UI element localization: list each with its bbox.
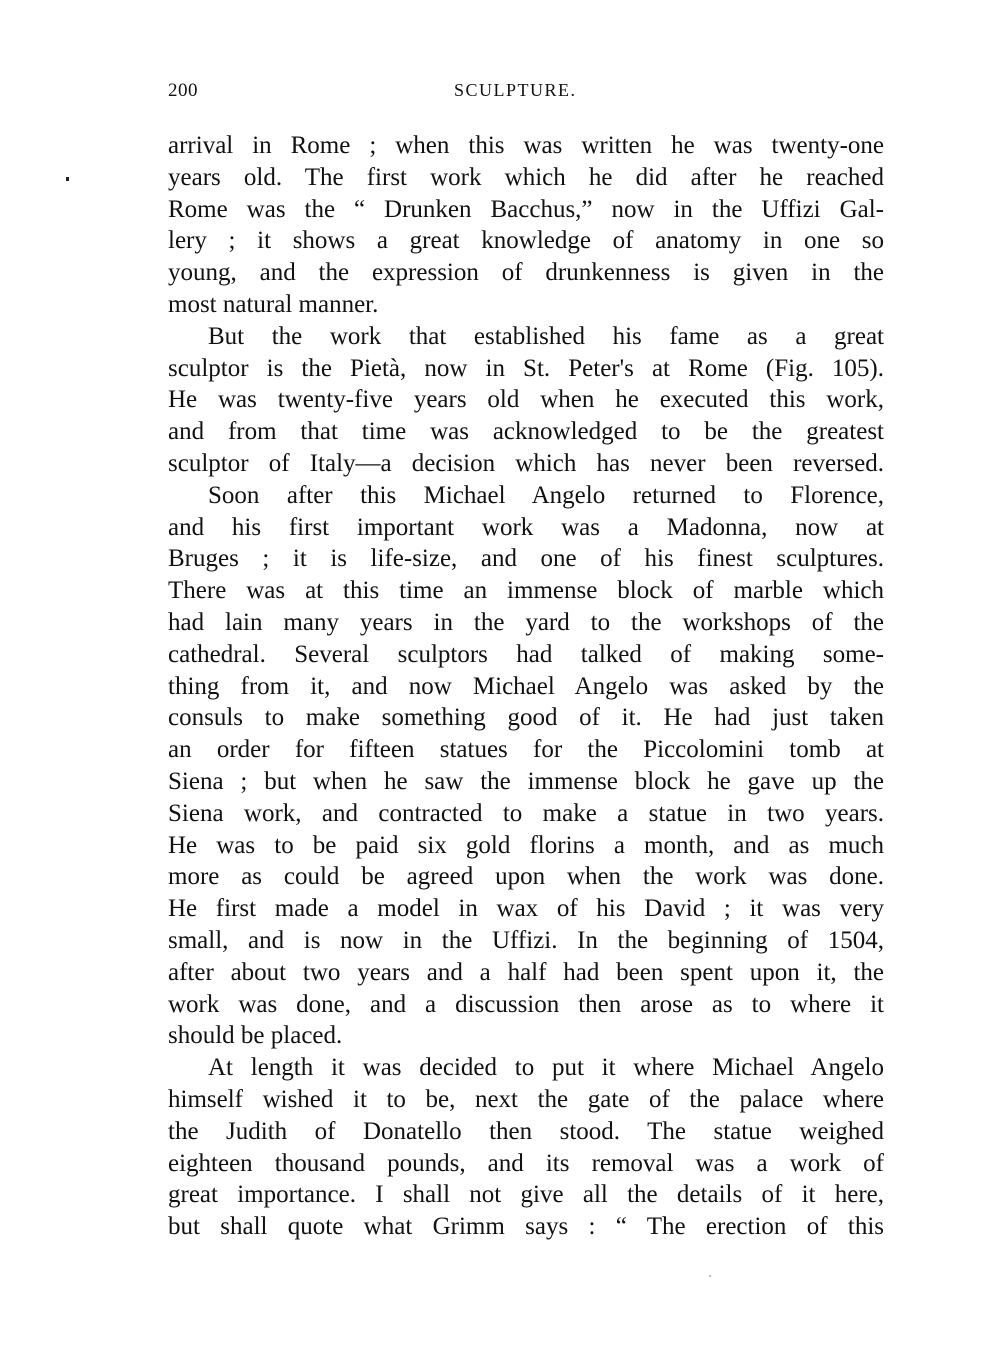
text-line: He first made a model in wax of his Davi…	[168, 893, 884, 925]
text-line: Siena ; but when he saw the immense bloc…	[168, 766, 884, 798]
text-line: Soon after this Michael Angelo returned …	[168, 480, 884, 512]
text-line: after about two years and a half had bee…	[168, 957, 884, 989]
text-line: cathedral. Several sculptors had talked …	[168, 639, 884, 671]
text-line: But the work that established his fame a…	[168, 321, 884, 353]
running-title: SCULPTURE.	[454, 80, 577, 101]
scan-speck	[66, 177, 69, 181]
text-line: Bruges ; it is life-size, and one of his…	[168, 543, 884, 575]
text-line: himself wished it to be, next the gate o…	[168, 1084, 884, 1116]
page-number: 200	[168, 80, 198, 102]
paragraph: But the work that established his fame a…	[168, 321, 884, 480]
text-line: arrival in Rome ; when this was written …	[168, 130, 884, 162]
paragraph: At length it was decided to put it where…	[168, 1052, 884, 1243]
text-line: Rome was the “ Drunken Bacchus,” now in …	[168, 194, 884, 226]
text-line: but shall quote what Grimm says : “ The …	[168, 1211, 884, 1243]
text-line: and from that time was acknowledged to b…	[168, 416, 884, 448]
text-line: He was to be paid six gold florins a mon…	[168, 830, 884, 862]
text-line: consuls to make something good of it. He…	[168, 702, 884, 734]
paragraph: arrival in Rome ; when this was written …	[168, 130, 884, 321]
text-line: an order for fifteen statues for the Pic…	[168, 734, 884, 766]
text-line: more as could be agreed upon when the wo…	[168, 861, 884, 893]
text-line: the Judith of Donatello then stood. The …	[168, 1116, 884, 1148]
text-line: He was twenty-five years old when he exe…	[168, 384, 884, 416]
text-line: had lain many years in the yard to the w…	[168, 607, 884, 639]
paragraph: Soon after this Michael Angelo returned …	[168, 480, 884, 1052]
text-line: most natural manner.	[168, 289, 884, 321]
text-line: work was done, and a discussion then aro…	[168, 989, 884, 1021]
text-line: and his first important work was a Madon…	[168, 512, 884, 544]
text-line: thing from it, and now Michael Angelo wa…	[168, 671, 884, 703]
body-text: arrival in Rome ; when this was written …	[168, 130, 884, 1243]
text-line: sculptor is the Pietà, now in St. Peter'…	[168, 353, 884, 385]
text-line: young, and the expression of drunkenness…	[168, 257, 884, 289]
scan-speck	[709, 1275, 711, 1277]
text-line: There was at this time an immense block …	[168, 575, 884, 607]
text-line: eighteen thousand pounds, and its remova…	[168, 1148, 884, 1180]
book-page: 200 SCULPTURE. arrival in Rome ; when th…	[0, 0, 1000, 1365]
text-line: At length it was decided to put it where…	[168, 1052, 884, 1084]
text-line: small, and is now in the Uffizi. In the …	[168, 925, 884, 957]
text-line: Siena work, and contracted to make a sta…	[168, 798, 884, 830]
text-line: sculptor of Italy—a decision which has n…	[168, 448, 884, 480]
text-line: years old. The first work which he did a…	[168, 162, 884, 194]
text-line: should be placed.	[168, 1020, 884, 1052]
text-line: lery ; it shows a great knowledge of ana…	[168, 225, 884, 257]
running-head: 200 SCULPTURE.	[168, 80, 884, 110]
text-line: great importance. I shall not give all t…	[168, 1179, 884, 1211]
